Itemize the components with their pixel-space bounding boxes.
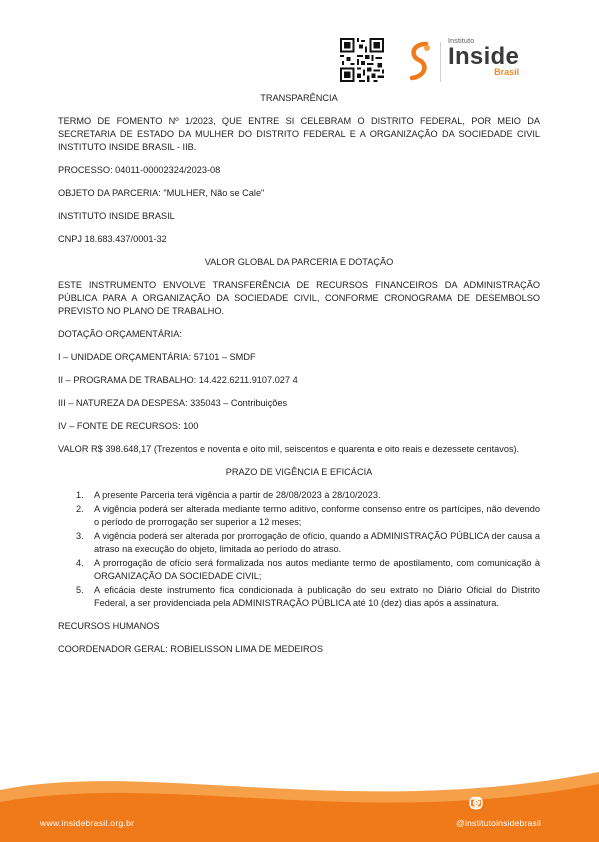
inside-brasil-logo-icon xyxy=(404,40,434,82)
list-item: 1. A presente Parceria terá vigência a p… xyxy=(76,489,540,502)
social-handle-link[interactable]: @institutoinsidebrasil xyxy=(456,818,541,828)
section-valor-title: VALOR GLOBAL DA PARCERIA E DOTAÇÃO xyxy=(58,256,540,269)
instagram-icon[interactable] xyxy=(491,796,505,810)
list-item-text: A vigência poderá ser alterada mediante … xyxy=(94,503,540,529)
qr-code-icon[interactable] xyxy=(340,38,384,82)
brand-logo-text: Instituto Inside Brasil xyxy=(448,38,519,77)
instituto-line: INSTITUTO INSIDE BRASIL xyxy=(58,210,540,223)
coordenador-line: COORDENADOR GERAL: ROBIELISSON LIMA DE M… xyxy=(58,643,540,656)
dotacao-item: I – UNIDADE ORÇAMENTÁRIA: 57101 – SMDF xyxy=(58,351,540,364)
recursos-title: RECURSOS HUMANOS xyxy=(58,620,540,633)
list-item-number: 5. xyxy=(76,584,94,610)
page-header: Instituto Inside Brasil xyxy=(340,36,560,88)
list-item-text: A eficácia deste instrumento fica condic… xyxy=(94,584,540,610)
list-item-text: A vigência poderá ser alterada por prorr… xyxy=(94,530,540,556)
dotacao-item: IV – FONTE DE RECURSOS: 100 xyxy=(58,420,540,433)
objeto-line: OBJETO DA PARCERIA: "MULHER, Não se Cale… xyxy=(58,187,540,200)
dotacao-item: II – PROGRAMA DE TRABALHO: 14.422.6211.9… xyxy=(58,374,540,387)
document-title: TRANSPARÊNCIA xyxy=(58,92,540,105)
social-icons xyxy=(469,796,527,810)
list-item-number: 2. xyxy=(76,503,94,529)
list-item: 5. A eficácia deste instrumento fica con… xyxy=(76,584,540,610)
valor-line: VALOR R$ 398.648,17 (Trezentos e noventa… xyxy=(58,443,540,456)
cnpj-line: CNPJ 18.683.437/0001-32 xyxy=(58,233,540,246)
page-footer: www.insidebrasil.org.br @institutoinside… xyxy=(0,750,599,842)
document-page: Instituto Inside Brasil TRANSPARÊNCIA TE… xyxy=(0,0,599,842)
dotacao-item: III – NATUREZA DA DESPESA: 335043 – Cont… xyxy=(58,397,540,410)
processo-line: PROCESSO: 04011-00002324/2023-08 xyxy=(58,164,540,177)
logo-big-text: Inside xyxy=(448,45,519,69)
section-prazo-title: PRAZO DE VIGÊNCIA E EFICÁCIA xyxy=(58,466,540,479)
list-item-number: 1. xyxy=(76,489,94,502)
prazo-list: 1. A presente Parceria terá vigência a p… xyxy=(76,489,540,610)
intro-paragraph: TERMO DE FOMENTO Nº 1/2023, QUE ENTRE SI… xyxy=(58,115,540,154)
document-body: TRANSPARÊNCIA TERMO DE FOMENTO Nº 1/2023… xyxy=(58,92,540,666)
list-item-number: 4. xyxy=(76,557,94,583)
website-link[interactable]: www.insidebrasil.org.br xyxy=(40,818,134,828)
list-item: 2. A vigência poderá ser alterada median… xyxy=(76,503,540,529)
list-item: 3. A vigência poderá ser alterada por pr… xyxy=(76,530,540,556)
dotacao-title: DOTAÇÃO ORÇAMENTÁRIA: xyxy=(58,328,540,341)
list-item-number: 3. xyxy=(76,530,94,556)
youtube-icon[interactable] xyxy=(513,796,527,810)
list-item-text: A presente Parceria terá vigência a part… xyxy=(94,489,540,502)
valor-intro-paragraph: ESTE INSTRUMENTO ENVOLVE TRANSFERÊNCIA D… xyxy=(58,279,540,318)
list-item: 4. A prorrogação de ofício será formaliz… xyxy=(76,557,540,583)
list-item-text: A prorrogação de ofício será formalizada… xyxy=(94,557,540,583)
logo-divider xyxy=(440,42,441,82)
